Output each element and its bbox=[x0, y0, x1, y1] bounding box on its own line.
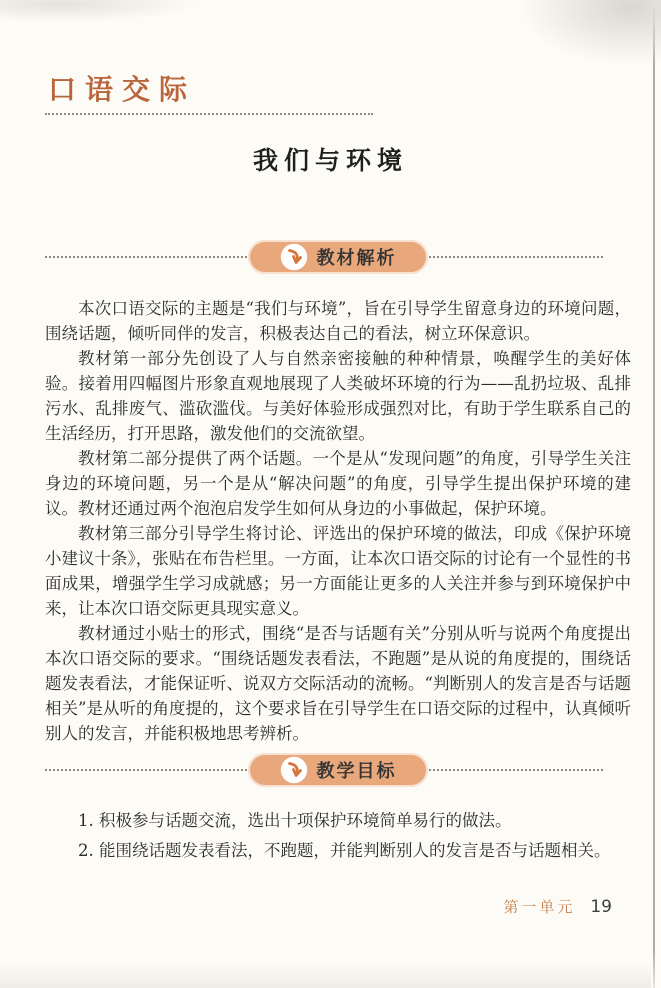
badge-label: 教学目标 bbox=[317, 757, 397, 783]
footer-page-number: 19 bbox=[590, 897, 612, 917]
footer-unit-label: 第一单元 bbox=[503, 896, 575, 917]
paragraph: 教材第三部分引导学生将讨论、评选出的保护环境的做法，印成《保护环境小建议十条》，… bbox=[45, 521, 631, 621]
scan-shadow-bottom bbox=[0, 962, 651, 988]
section-badge-row-teaching-objectives: 教学目标 bbox=[45, 753, 631, 787]
objective-item: 1. 积极参与话题交流，选出十项保护环境简单易行的做法。 bbox=[45, 806, 631, 836]
paragraph: 教材第一部分先创设了人与自然亲密接触的种种情景，唤醒学生的美好体验。接着用四幅图… bbox=[45, 346, 631, 446]
paragraph: 教材第二部分提供了两个话题。一个是从“发现问题”的角度，引导学生关注身边的环境问… bbox=[45, 446, 631, 521]
curved-down-arrow-icon bbox=[280, 756, 308, 784]
badge-material-analysis: 教材解析 bbox=[248, 240, 428, 274]
material-analysis-body: 本次口语交际的主题是“我们与环境”，旨在引导学生留意身边的环境问题，围绕话题，倾… bbox=[45, 296, 631, 746]
scan-smudge-top-right bbox=[511, 0, 661, 70]
paragraph: 教材通过小贴士的形式，围绕“是否与话题有关”分别从听与说两个角度提出本次口语交际… bbox=[45, 621, 631, 746]
curved-down-arrow-icon bbox=[280, 243, 308, 271]
objective-item: 2. 能围绕话题发表看法，不跑题，并能判断别人的发言是否与话题相关。 bbox=[45, 836, 631, 866]
badge-label: 教材解析 bbox=[317, 244, 397, 270]
badge-teaching-objectives: 教学目标 bbox=[248, 753, 428, 787]
header-dotted-rule bbox=[45, 113, 373, 115]
page-footer: 第一单元 19 bbox=[503, 896, 612, 917]
paragraph: 本次口语交际的主题是“我们与环境”，旨在引导学生留意身边的环境问题，围绕话题，倾… bbox=[45, 296, 631, 346]
scan-smudge-top-left bbox=[0, 0, 200, 22]
section-badge-row-material-analysis: 教材解析 bbox=[45, 240, 631, 274]
teaching-objectives-list: 1. 积极参与话题交流，选出十项保护环境简单易行的做法。 2. 能围绕话题发表看… bbox=[45, 806, 631, 866]
lesson-title: 我们与环境 bbox=[0, 141, 661, 177]
section-label: 口语交际 bbox=[48, 68, 196, 108]
